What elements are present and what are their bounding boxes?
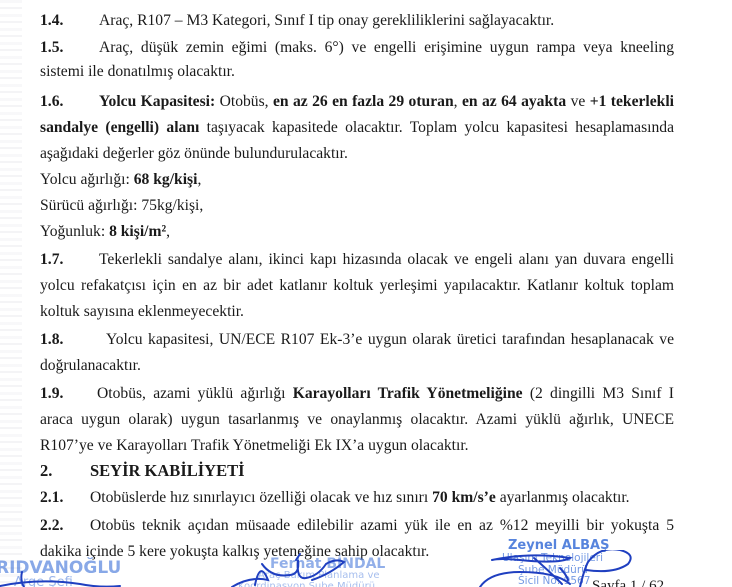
regulation-name: Karayolları Trafik Yönetmeliğine [293, 385, 523, 402]
item-number: 1.9. [40, 384, 97, 404]
value: 8 kişi/m² [109, 223, 166, 240]
item-2-1: 2.1.Otobüslerde hız sınırlayıcı özelliği… [40, 488, 674, 508]
page-number: Sayfa 1 / 62 [592, 578, 664, 587]
wheelchair-area: sandalye (engelli) alanı [40, 119, 199, 136]
item-number: 1.7. [40, 250, 99, 270]
text: , [454, 93, 458, 110]
item-title: Yolcu Kapasitesi: [99, 93, 215, 110]
item-1-9-line2: araca uygun olarak) uygun tasarlanmış ve… [40, 410, 674, 430]
density: Yoğunluk: 8 kişi/m², [40, 222, 674, 242]
seated-capacity: en az 26 en fazla 29 oturan [273, 93, 454, 110]
wheelchair-capacity: +1 tekerlekli [590, 93, 674, 110]
text: (2 dingilli M3 Sınıf I [530, 385, 674, 402]
item-number: 1.4. [40, 11, 99, 31]
item-text: Araç, düşük zemin eğimi (maks. 6°) ve en… [99, 39, 674, 56]
item-number: 1.5. [40, 38, 99, 58]
section-title: SEYİR KABİLİYETİ [90, 461, 245, 480]
section-2-heading: 2.SEYİR KABİLİYETİ [40, 461, 674, 481]
text: Otobüs, azami yüklü ağırlığı [97, 385, 285, 402]
item-1-4: 1.4.Araç, R107 – M3 Kategori, Sınıf I ti… [40, 11, 674, 31]
standing-capacity: en az 64 ayakta [462, 93, 566, 110]
text: Otobüslerde hız sınırlayıcı özelliği ola… [90, 489, 428, 506]
item-number: 2.2. [40, 516, 90, 536]
item-text: Araç, R107 – M3 Kategori, Sınıf I tip on… [99, 12, 554, 29]
item-1-9-line3: R107’ye ve Karayolları Trafik Yönetmeliğ… [40, 436, 674, 456]
document-page: 1.4.Araç, R107 – M3 Kategori, Sınıf I ti… [0, 0, 732, 587]
item-number: 2.1. [40, 488, 90, 508]
text: ve [571, 93, 586, 110]
scan-margin [0, 0, 22, 587]
item-1-6-line3: aşağıdaki değerler göz önünde bulundurul… [40, 144, 674, 164]
section-number: 2. [40, 461, 90, 481]
passenger-weight: Yolcu ağırlığı: 68 kg/kişi, [40, 170, 674, 190]
item-1-9-line1: 1.9.Otobüs, azami yüklü ağırlığı Karayol… [40, 384, 674, 404]
item-text: Tekerlekli sandalye alanı, ikinci kapı h… [99, 251, 674, 268]
item-2-2-line1: 2.2.Otobüs teknik açıdan müsaade edilebi… [40, 516, 674, 536]
item-1-8-line2: doğrulanacaktır. [40, 356, 674, 376]
speed-limit: 70 km/s’e [432, 489, 496, 506]
text: ayarlanmış olacaktır. [500, 489, 630, 506]
item-1-7-line1: 1.7.Tekerlekli sandalye alanı, ikinci ka… [40, 250, 674, 270]
item-number: 1.8. [40, 330, 106, 350]
item-1-5-line1: 1.5.Araç, düşük zemin eğimi (maks. 6°) v… [40, 38, 674, 58]
item-text: Yolcu kapasitesi, UN/ECE R107 Ek-3’e uyg… [106, 331, 674, 348]
item-text: Otobüs teknik açıdan müsaade edilebilir … [90, 517, 674, 534]
text: Otobüs, [220, 93, 269, 110]
item-1-6-line1: 1.6.Yolcu Kapasitesi: Otobüs, en az 26 e… [40, 92, 674, 112]
driver-weight: Sürücü ağırlığı: 75kg/kişi, [40, 196, 674, 216]
item-1-7-line2: yolcu refakatçısı için en az bir adet ka… [40, 276, 674, 296]
label: Yolcu ağırlığı: [40, 171, 130, 188]
item-1-8-line1: 1.8.Yolcu kapasitesi, UN/ECE R107 Ek-3’e… [40, 330, 674, 350]
value: 68 kg/kişi [134, 171, 198, 188]
item-number: 1.6. [40, 92, 99, 112]
text: taşıyacak kapasitede olacaktır. Toplam y… [207, 119, 674, 136]
item-1-5-line2: sistemi ile donatılmış olacaktır. [40, 62, 674, 82]
item-1-7-line3: koltuk sayısına eklenmeyecektir. [40, 302, 674, 322]
label: Yoğunluk: [40, 223, 105, 240]
item-1-6-line2: sandalye (engelli) alanı taşıyacak kapas… [40, 118, 674, 138]
